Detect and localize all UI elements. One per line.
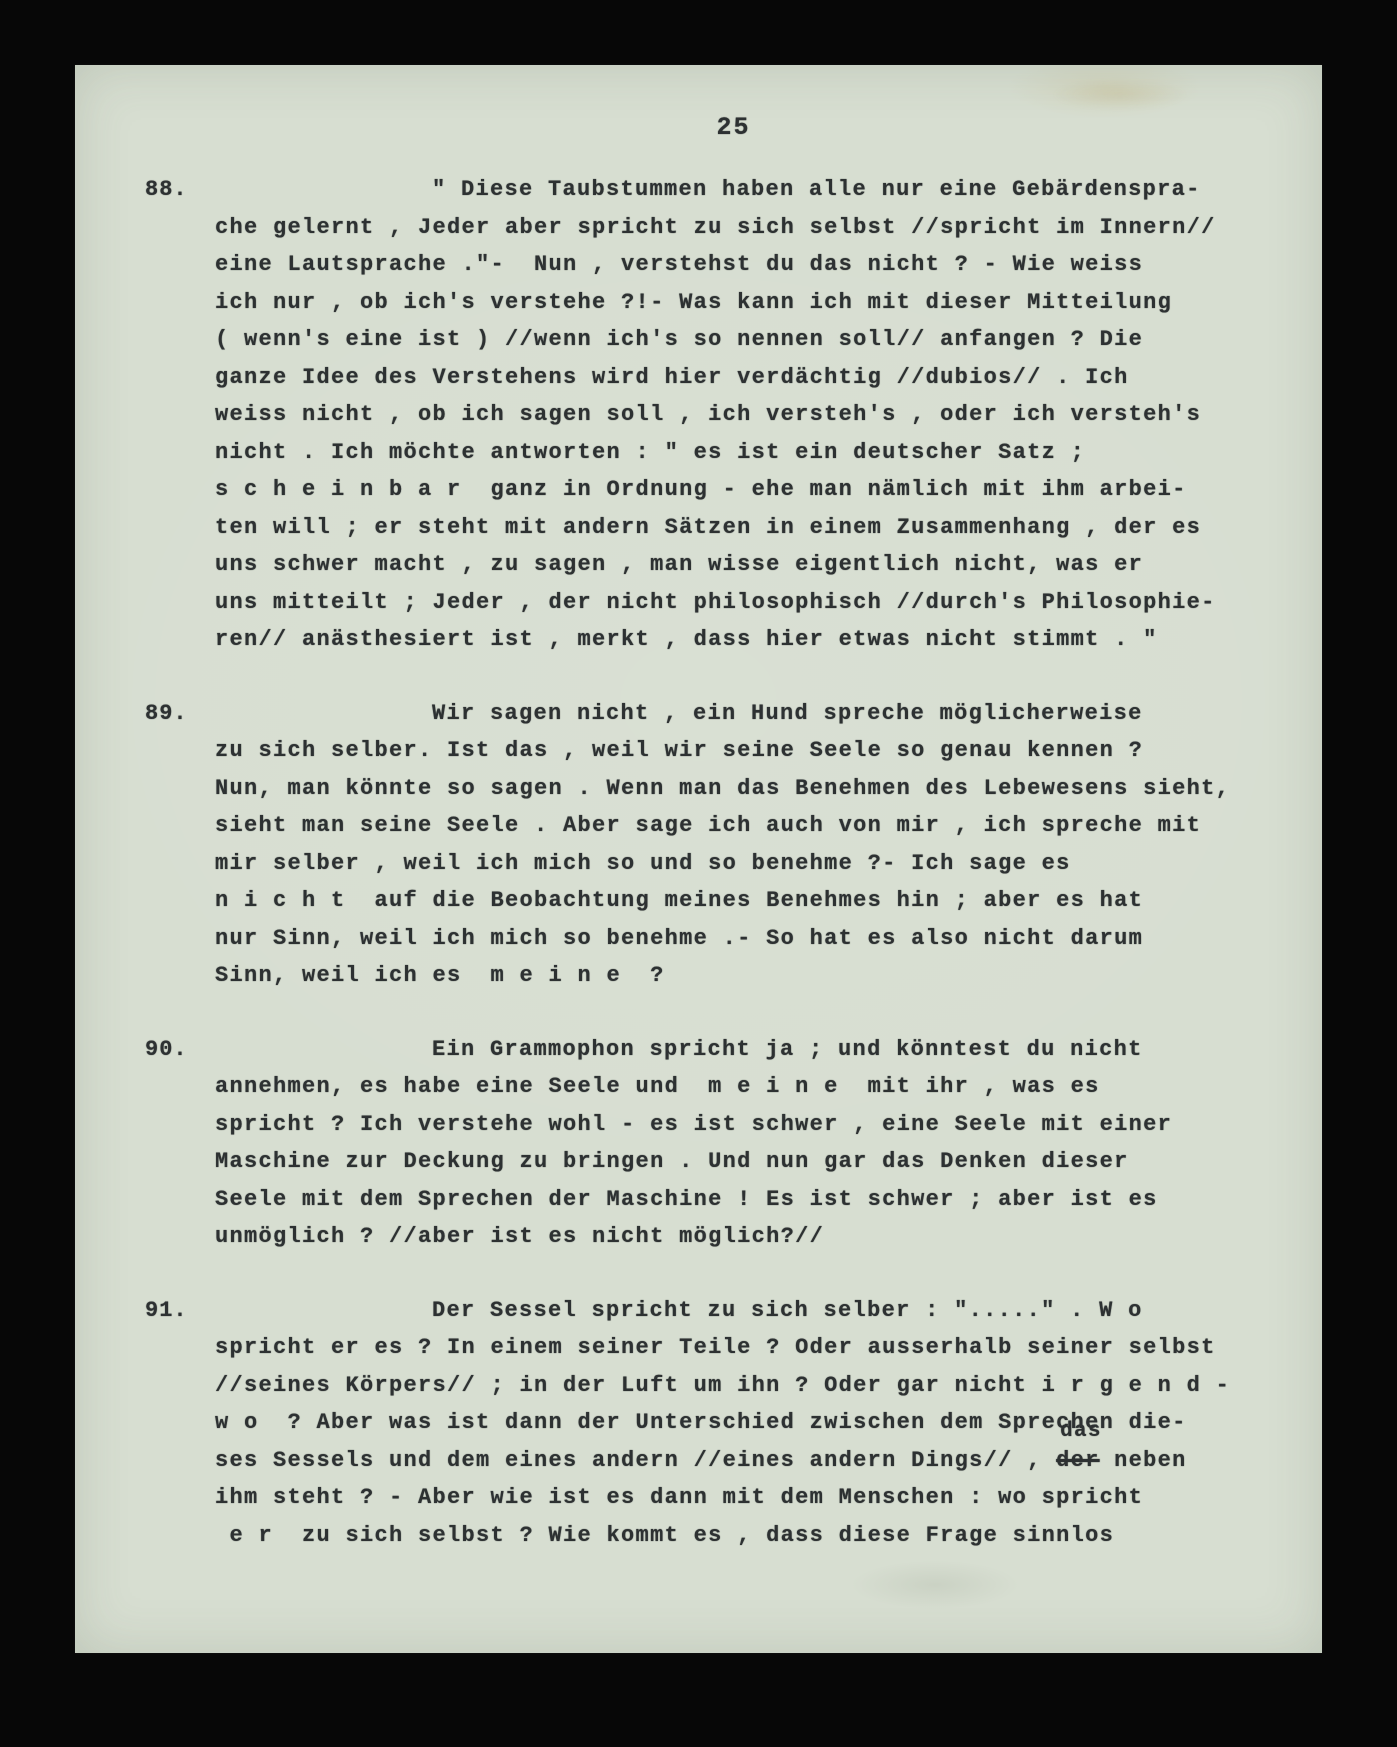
- text-line: ses Sessels und dem eines andern //eines…: [215, 1442, 1302, 1480]
- text-line: e r zu sich selbst ? Wie kommt es , dass…: [215, 1517, 1302, 1555]
- inline-correction: dasder: [1056, 1442, 1100, 1480]
- text-line: w o ? Aber was ist dann der Unterschied …: [215, 1404, 1302, 1442]
- text-line: spricht er es ? In einem seiner Teile ? …: [215, 1329, 1302, 1367]
- text-line: spricht ? Ich verstehe wohl - es ist sch…: [215, 1106, 1302, 1144]
- text-line: Seele mit dem Sprechen der Maschine ! Es…: [215, 1181, 1302, 1219]
- text-line: mir selber , weil ich mich so und so ben…: [215, 845, 1302, 883]
- text-line: " Diese Taubstummen haben alle nur eine …: [215, 171, 1302, 209]
- section-number: 88.: [145, 171, 188, 209]
- text-line: unmöglich ? //aber ist es nicht möglich?…: [215, 1218, 1302, 1256]
- text-line: ihm steht ? - Aber wie ist es dann mit d…: [215, 1479, 1302, 1517]
- text-line: Ein Grammophon spricht ja ; und könntest…: [215, 1031, 1302, 1069]
- scan-background: { "page": { "number": "25", "paper_color…: [0, 0, 1397, 1747]
- text-line: zu sich selber. Ist das , weil wir seine…: [215, 732, 1302, 770]
- text-line: ich nur , ob ich's verstehe ?!- Was kann…: [215, 284, 1302, 322]
- text-line: Der Sessel spricht zu sich selber : "...…: [215, 1292, 1302, 1330]
- sections: 88." Diese Taubstummen haben alle nur ei…: [215, 171, 1302, 1554]
- text-line: uns mitteilt ; Jeder , der nicht philoso…: [215, 584, 1302, 622]
- text-line: n i c h t auf die Beobachtung meines Ben…: [215, 882, 1302, 920]
- correction-struck: der: [1056, 1448, 1100, 1473]
- text-line: eine Lautsprache ."- Nun , verstehst du …: [215, 246, 1302, 284]
- page-number: 25: [190, 113, 1277, 153]
- text-line: uns schwer macht , zu sagen , man wisse …: [215, 546, 1302, 584]
- section-number: 90.: [145, 1031, 188, 1069]
- correction-above: das: [1060, 1421, 1102, 1442]
- text-line: //seines Körpers// ; in der Luft um ihn …: [215, 1367, 1302, 1405]
- document-page: 25 88." Diese Taubstummen haben alle nur…: [75, 65, 1322, 1653]
- section-body: Ein Grammophon spricht ja ; und könntest…: [215, 1031, 1302, 1256]
- section-body: " Diese Taubstummen haben alle nur eine …: [215, 171, 1302, 659]
- text-line: nicht . Ich möchte antworten : " es ist …: [215, 434, 1302, 472]
- section-body: Der Sessel spricht zu sich selber : "...…: [215, 1292, 1302, 1555]
- text-line: ganze Idee des Verstehens wird hier verd…: [215, 359, 1302, 397]
- text-line: nur Sinn, weil ich mich so benehme .- So…: [215, 920, 1302, 958]
- section: 88." Diese Taubstummen haben alle nur ei…: [215, 171, 1302, 659]
- text-line: ten will ; er steht mit andern Sätzen in…: [215, 509, 1302, 547]
- text-line: ( wenn's eine ist ) //wenn ich's so nenn…: [215, 321, 1302, 359]
- text-line: sieht man seine Seele . Aber sage ich au…: [215, 807, 1302, 845]
- text-line: Maschine zur Deckung zu bringen . Und nu…: [215, 1143, 1302, 1181]
- text-line: che gelernt , Jeder aber spricht zu sich…: [215, 209, 1302, 247]
- text-line: ren// anästhesiert ist , merkt , dass hi…: [215, 621, 1302, 659]
- section: 89.Wir sagen nicht , ein Hund spreche mö…: [215, 695, 1302, 995]
- text-line: annehmen, es habe eine Seele und m e i n…: [215, 1068, 1302, 1106]
- section-body: Wir sagen nicht , ein Hund spreche mögli…: [215, 695, 1302, 995]
- section-number: 89.: [145, 695, 188, 733]
- section: 90.Ein Grammophon spricht ja ; und könnt…: [215, 1031, 1302, 1256]
- text-line: Wir sagen nicht , ein Hund spreche mögli…: [215, 695, 1302, 733]
- section: 91.Der Sessel spricht zu sich selber : "…: [215, 1292, 1302, 1555]
- text-line: s c h e i n b a r ganz in Ordnung - ehe …: [215, 471, 1302, 509]
- text-line: weiss nicht , ob ich sagen soll , ich ve…: [215, 396, 1302, 434]
- section-number: 91.: [145, 1292, 188, 1330]
- text-line: Sinn, weil ich es m e i n e ?: [215, 957, 1302, 995]
- text-line: Nun, man könnte so sagen . Wenn man das …: [215, 770, 1302, 808]
